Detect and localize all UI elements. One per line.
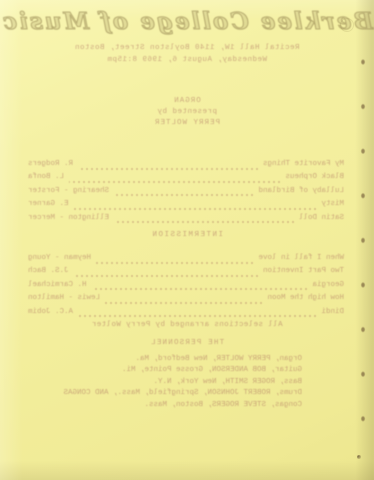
program-row: Dindi A.C. Jobim bbox=[28, 308, 344, 321]
composer-name: Shearing - Forster bbox=[28, 187, 109, 195]
dot-leader bbox=[114, 194, 253, 196]
song-title: Two Part Invention bbox=[263, 267, 344, 275]
program-heading: ORGAN bbox=[0, 96, 374, 107]
arranged-by-note: All selections arranged by Perry Wolter bbox=[0, 321, 374, 329]
song-title: Lullaby of Birdland bbox=[258, 187, 344, 195]
song-title: Satin Doll bbox=[299, 214, 344, 222]
composer-name: J.S. Bach bbox=[28, 267, 69, 275]
program-set-2: When I fall in love Heyman - Young Two P… bbox=[28, 254, 344, 321]
composer-name: A.C. Jobim bbox=[28, 308, 73, 316]
personnel-line: Guitar, BOB ANDERSON, Grosse Pointe, Mi. bbox=[63, 365, 302, 376]
school-masthead: Berklee College of Music bbox=[0, 8, 374, 35]
song-title: How high the Moon bbox=[267, 294, 344, 302]
composer-name: R. Rodgers bbox=[28, 160, 73, 168]
program-row: How high the Moon Lewis - Hamilton bbox=[28, 294, 344, 307]
dot-leader bbox=[69, 181, 280, 183]
song-title: Dindi bbox=[321, 308, 344, 316]
personnel-list: Organ, PERRY WOLTER, New Bedford, Ma. Gu… bbox=[63, 354, 302, 411]
song-title: Georgia bbox=[312, 281, 344, 289]
corner-dot-mark bbox=[357, 455, 361, 459]
dot-leader bbox=[92, 288, 308, 290]
dot-leader bbox=[74, 208, 317, 210]
dot-leader bbox=[78, 168, 258, 170]
program-set-1: My Favorite Things R. Rodgers Black Orph… bbox=[28, 160, 344, 227]
presented-by-label: presented by bbox=[0, 107, 374, 118]
composer-name: L. Bonfa bbox=[28, 173, 64, 181]
personnel-line: Drums, ROBERT JOHNSON, Springfield, Mass… bbox=[63, 388, 302, 399]
dot-leader bbox=[96, 262, 253, 264]
song-title: My Favorite Things bbox=[263, 160, 344, 168]
song-title: Misty bbox=[321, 200, 344, 208]
presented-by-block: ORGAN presented by PERRY WOLTER bbox=[0, 96, 374, 129]
program-row: Black Orpheus L. Bonfa bbox=[28, 173, 344, 186]
personnel-heading: THE PERSONNEL bbox=[0, 339, 374, 347]
program-row: My Favorite Things R. Rodgers bbox=[28, 160, 344, 173]
program-row: Lullaby of Birdland Shearing - Forster bbox=[28, 187, 344, 200]
composer-name: H. Carmichael bbox=[28, 281, 87, 289]
program-row: Georgia H. Carmichael bbox=[28, 281, 344, 294]
venue-address-line: Recital Hall 1W, 1140 Boylston Street, B… bbox=[0, 42, 374, 54]
song-title: Black Orpheus bbox=[285, 173, 344, 181]
venue-address-block: Recital Hall 1W, 1140 Boylston Street, B… bbox=[0, 42, 374, 66]
dot-leader bbox=[74, 275, 258, 277]
dot-leader bbox=[78, 315, 316, 317]
personnel-line: Organ, PERRY WOLTER, New Bedford, Ma. bbox=[63, 354, 302, 365]
program-row: Satin Doll Ellington - Mercer bbox=[28, 214, 344, 227]
bleed-through-content: Berklee College of Music Recital Hall 1W… bbox=[0, 0, 374, 480]
dot-leader bbox=[105, 302, 262, 304]
dot-leader bbox=[114, 221, 294, 223]
personnel-line: Congas, STEVE ROGERS, Boston, Mass. bbox=[63, 400, 302, 411]
composer-name: Heyman - Young bbox=[28, 254, 91, 262]
intermission-label: INTERMISSION bbox=[0, 231, 374, 239]
program-row: Misty E. Garner bbox=[28, 200, 344, 213]
composer-name: Lewis - Hamilton bbox=[28, 294, 100, 302]
program-row: When I fall in love Heyman - Young bbox=[28, 254, 344, 267]
performer-name: PERRY WOLTER bbox=[0, 118, 374, 129]
scanned-program-page: { "page": { "paper_color": "#f3ee9c", "i… bbox=[0, 0, 374, 480]
composer-name: E. Garner bbox=[28, 200, 69, 208]
program-row: Two Part Invention J.S. Bach bbox=[28, 267, 344, 280]
event-date-line: Wednesday, August 6, 1969 8:15pm bbox=[0, 54, 374, 66]
personnel-line: Bass, ROGER SMITH, New York, N.Y. bbox=[63, 377, 302, 388]
composer-name: Ellington - Mercer bbox=[28, 214, 109, 222]
song-title: When I fall in love bbox=[258, 254, 344, 262]
